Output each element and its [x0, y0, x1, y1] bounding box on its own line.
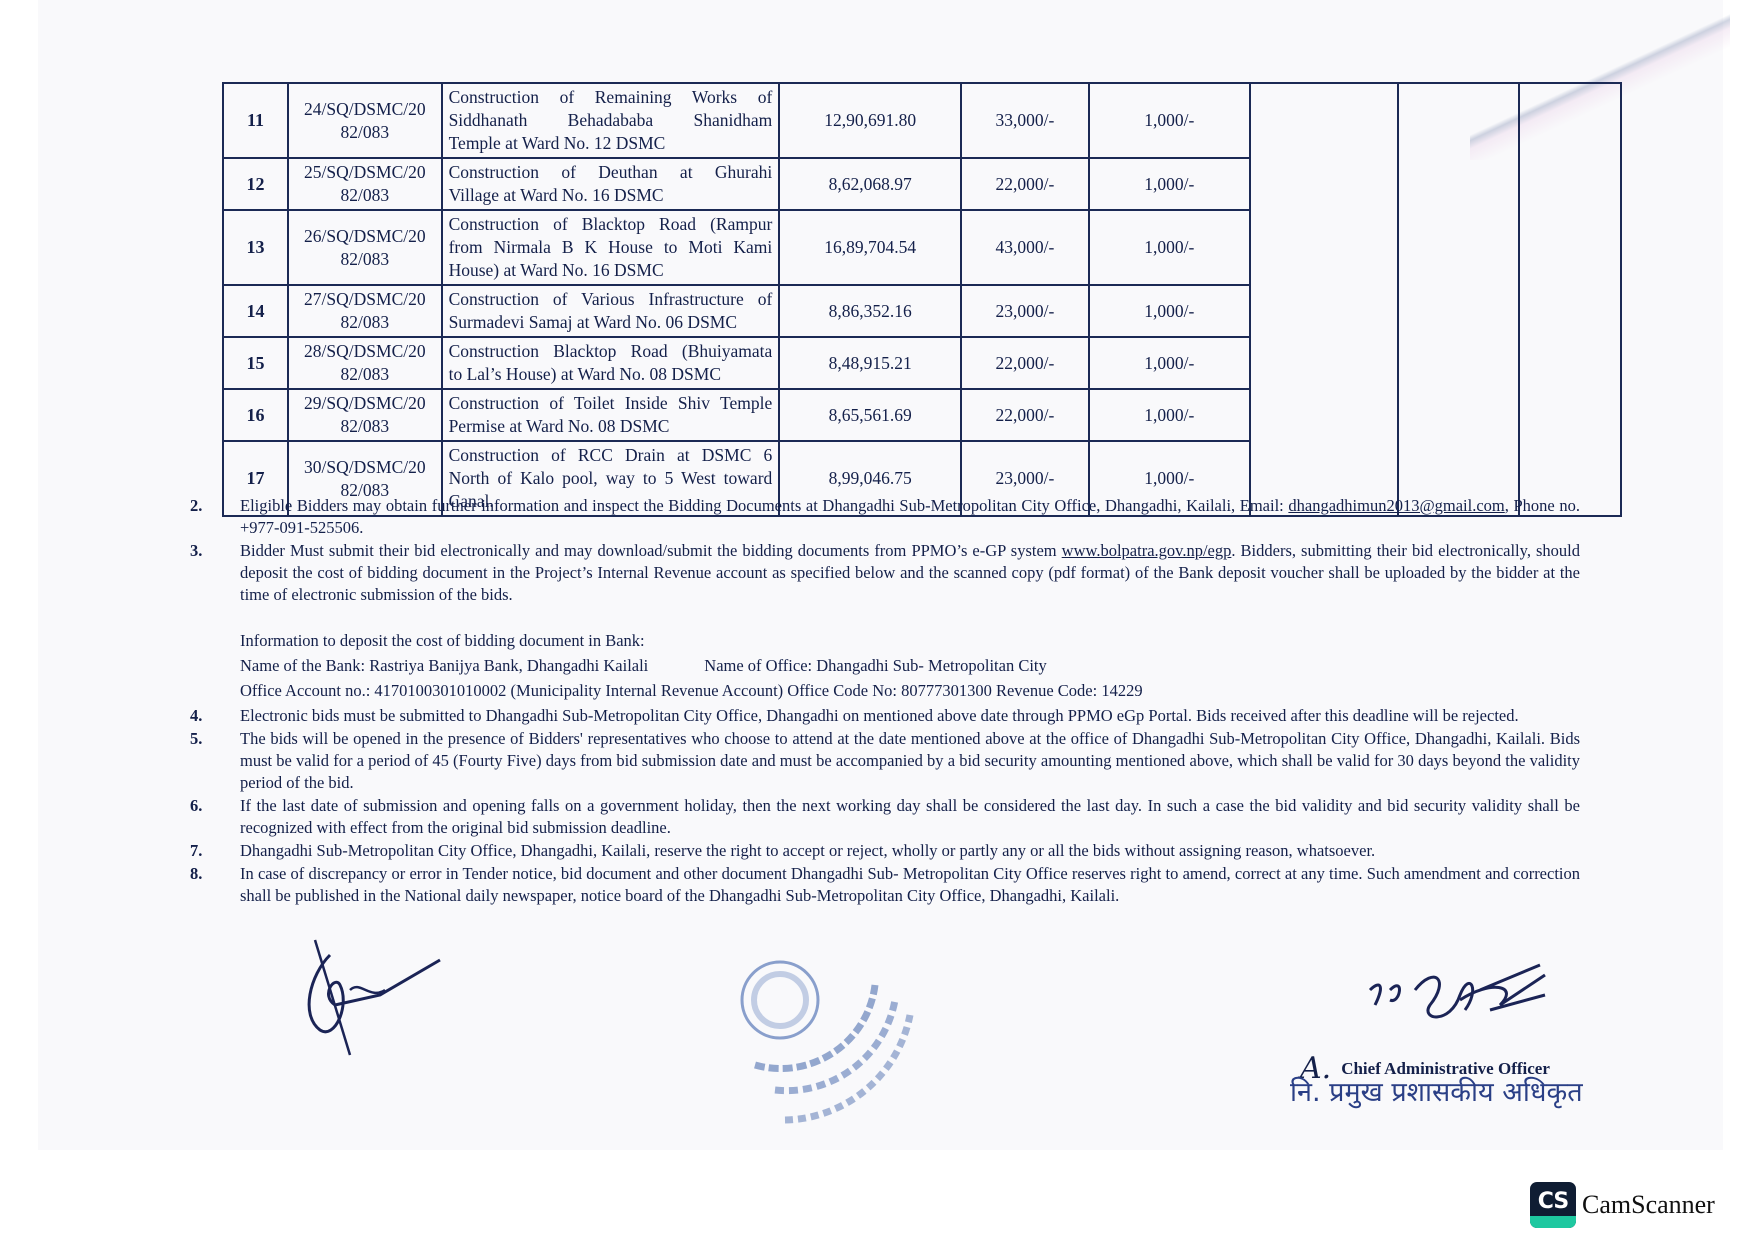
- signature-right: [1360, 960, 1560, 1040]
- clause-text: Dhangadhi Sub-Metropolitan City Office, …: [240, 840, 1580, 862]
- serial-number-cell: 11: [223, 83, 288, 158]
- camscanner-name: CamScanner: [1582, 1190, 1715, 1220]
- merged-blank-cell: [1250, 83, 1398, 516]
- merged-blank-cell: [1519, 83, 1621, 516]
- clause-number: 8.: [190, 863, 202, 885]
- clause-2: 2. Eligible Bidders may obtain further i…: [190, 495, 1580, 539]
- clause-number: 6.: [190, 795, 202, 817]
- reference-number-cell: 28/SQ/DSMC/2082/083: [288, 337, 442, 389]
- egp-link[interactable]: www.bolpatra.gov.np/egp: [1062, 541, 1232, 560]
- clause-3: 3. Bidder Must submit their bid electron…: [190, 540, 1580, 606]
- clause-number: 2.: [190, 495, 202, 517]
- reference-number-cell: 25/SQ/DSMC/2082/083: [288, 158, 442, 210]
- signatory-title-nepali: नि. प्रमुख प्रशासकीय अधिकृत: [1290, 1072, 1583, 1109]
- clause-6: 6. If the last date of submission and op…: [190, 795, 1580, 839]
- document-fee-cell: 1,000/-: [1089, 389, 1250, 441]
- email-link[interactable]: dhangadhimun2013@gmail.com: [1288, 496, 1504, 515]
- cost-estimate-cell: 12,90,691.80: [779, 83, 961, 158]
- cost-estimate-cell: 8,48,915.21: [779, 337, 961, 389]
- clause-8: 8. In case of discrepancy or error in Te…: [190, 863, 1580, 907]
- clause-text: The bids will be opened in the presence …: [240, 728, 1580, 794]
- serial-number-cell: 14: [223, 285, 288, 337]
- clause-text: In case of discrepancy or error in Tende…: [240, 863, 1580, 907]
- bid-security-cell: 22,000/-: [961, 389, 1088, 441]
- cost-estimate-cell: 16,89,704.54: [779, 210, 961, 285]
- clause-7: 7. Dhangadhi Sub-Metropolitan City Offic…: [190, 840, 1580, 862]
- bid-security-cell: 23,000/-: [961, 285, 1088, 337]
- work-description-cell: Construction of Various Infrastructure o…: [442, 285, 780, 337]
- clause-5: 5. The bids will be opened in the presen…: [190, 728, 1580, 794]
- bid-security-cell: 33,000/-: [961, 83, 1088, 158]
- notice-clauses: 2. Eligible Bidders may obtain further i…: [190, 495, 1580, 908]
- document-fee-cell: 1,000/-: [1089, 285, 1250, 337]
- serial-number-cell: 13: [223, 210, 288, 285]
- reference-number-cell: 24/SQ/DSMC/2082/083: [288, 83, 442, 158]
- bank-name: Name of the Bank: Rastriya Banijya Bank,…: [240, 655, 648, 677]
- bid-security-cell: 22,000/-: [961, 158, 1088, 210]
- signature-left: [290, 935, 470, 1065]
- bid-security-cell: 43,000/-: [961, 210, 1088, 285]
- tender-table: 1124/SQ/DSMC/2082/083Construction of Rem…: [222, 82, 1622, 517]
- work-description-cell: Construction of Blacktop Road (Rampurfro…: [442, 210, 780, 285]
- reference-number-cell: 29/SQ/DSMC/2082/083: [288, 389, 442, 441]
- cost-estimate-cell: 8,65,561.69: [779, 389, 961, 441]
- clause-4: 4. Electronic bids must be submitted to …: [190, 705, 1580, 727]
- clause-text: Bidder Must submit their bid electronica…: [240, 541, 1062, 560]
- serial-number-cell: 15: [223, 337, 288, 389]
- office-stamp: [725, 945, 925, 1135]
- bid-security-cell: 22,000/-: [961, 337, 1088, 389]
- serial-number-cell: 16: [223, 389, 288, 441]
- reference-number-cell: 26/SQ/DSMC/2082/083: [288, 210, 442, 285]
- cost-estimate-cell: 8,86,352.16: [779, 285, 961, 337]
- camscanner-watermark: CS CamScanner: [1530, 1182, 1715, 1228]
- work-description-cell: Construction of Toilet Inside Shiv Templ…: [442, 389, 780, 441]
- serial-number-cell: 12: [223, 158, 288, 210]
- document-fee-cell: 1,000/-: [1089, 210, 1250, 285]
- bank-account: Office Account no.: 4170100301010002 (Mu…: [240, 680, 1580, 702]
- table-row: 1124/SQ/DSMC/2082/083Construction of Rem…: [223, 83, 1621, 158]
- document-fee-cell: 1,000/-: [1089, 158, 1250, 210]
- clause-text: If the last date of submission and openi…: [240, 795, 1580, 839]
- bank-info-heading: Information to deposit the cost of biddi…: [240, 630, 1580, 652]
- work-description-cell: Construction Blacktop Road (Bhuiyamatato…: [442, 337, 780, 389]
- work-description-cell: Construction of Remaining Works ofSiddha…: [442, 83, 780, 158]
- clause-number: 7.: [190, 840, 202, 862]
- office-name: Name of Office: Dhangadhi Sub- Metropoli…: [704, 655, 1046, 677]
- clause-number: 4.: [190, 705, 202, 727]
- clause-number: 5.: [190, 728, 202, 750]
- clause-text: Electronic bids must be submitted to Dha…: [240, 705, 1580, 727]
- cost-estimate-cell: 8,62,068.97: [779, 158, 961, 210]
- clause-text: Eligible Bidders may obtain further info…: [240, 496, 1288, 515]
- work-description-cell: Construction of Deuthan at GhurahiVillag…: [442, 158, 780, 210]
- document-fee-cell: 1,000/-: [1089, 337, 1250, 389]
- bank-info: Information to deposit the cost of biddi…: [190, 630, 1580, 702]
- camscanner-logo-icon: CS: [1530, 1182, 1576, 1228]
- merged-blank-cell: [1398, 83, 1519, 516]
- clause-number: 3.: [190, 540, 202, 562]
- document-fee-cell: 1,000/-: [1089, 83, 1250, 158]
- reference-number-cell: 27/SQ/DSMC/2082/083: [288, 285, 442, 337]
